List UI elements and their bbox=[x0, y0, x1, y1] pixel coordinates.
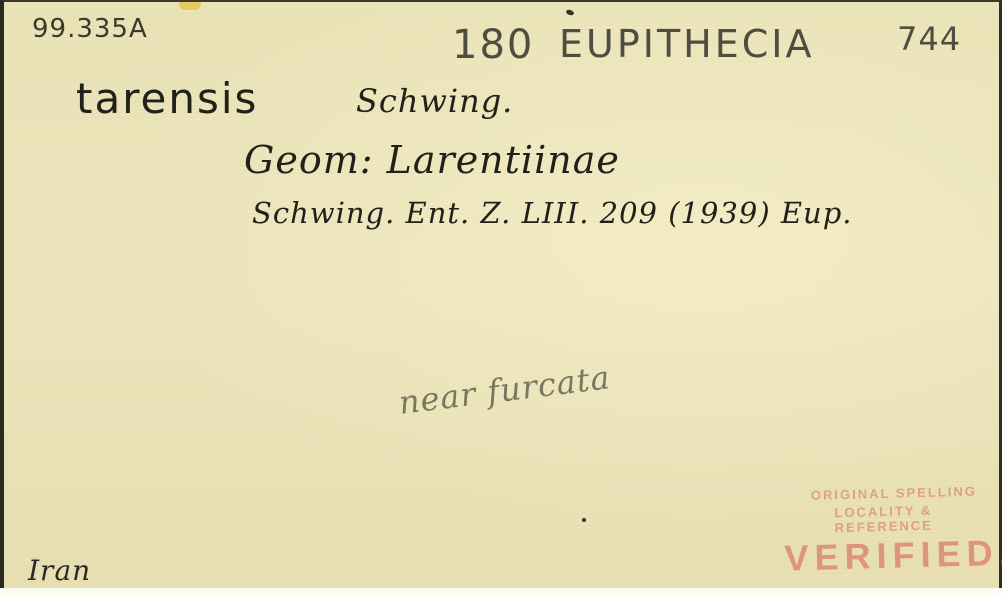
index-card: 99.335A 180 EUPITHECIA 744 tarensis Schw… bbox=[0, 0, 1002, 590]
ink-speck bbox=[565, 9, 574, 16]
species-author: Schwing. bbox=[356, 82, 513, 120]
ink-speck bbox=[582, 518, 586, 522]
stamp-line-1: ORIGINAL SPELLING bbox=[805, 483, 983, 503]
scan-margin bbox=[0, 588, 1002, 596]
verified-stamp: ORIGINAL SPELLING LOCALITY & REFERENCE V… bbox=[783, 483, 986, 588]
registration-number: 99.335A bbox=[32, 14, 148, 44]
literature-reference: Schwing. Ent. Z. LIII. 209 (1939) Eup. bbox=[252, 196, 852, 230]
card-number: 180 bbox=[452, 22, 534, 68]
genus-name: EUPITHECIA bbox=[559, 22, 814, 66]
paper-stain bbox=[179, 2, 201, 10]
species-name: tarensis bbox=[76, 74, 258, 123]
stamp-line-2: LOCALITY & REFERENCE bbox=[783, 501, 984, 536]
genus-number: 744 bbox=[897, 20, 961, 58]
stamp-line-3: VERIFIED. bbox=[784, 532, 985, 579]
pencil-note: near furcata bbox=[397, 358, 613, 422]
family-subfamily: Geom: Larentiinae bbox=[244, 138, 620, 182]
locality: Iran bbox=[28, 554, 91, 587]
